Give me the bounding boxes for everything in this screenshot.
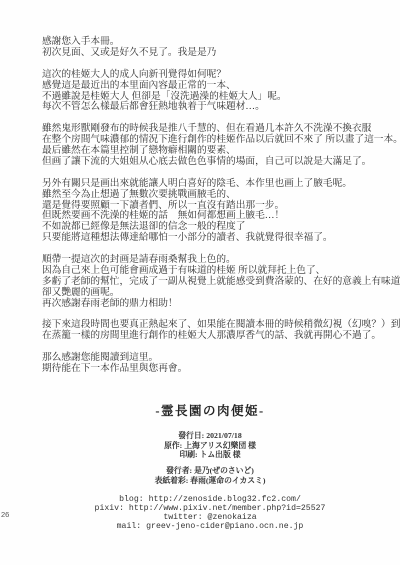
afterword-line: 另外有關只是画出來就能讓人明白喜好的陰毛、本作里也画上了腋毛呢。 <box>42 179 398 190</box>
colophon: -霊長園の肉便姫- 發行日: 2021/07/18 原作: 上海アリス幻樂団 様… <box>10 401 400 532</box>
afterword-line: 只要能將這種想法傳達給哪怕一小部分的讀者、我就覺得很幸福了。 <box>42 233 398 244</box>
original-work-credit: 原作: 上海アリス幻樂団 様 <box>10 441 400 451</box>
afterword-line: 這次的桂姬大人的成人向新刊覺得如何呢？ <box>42 70 398 81</box>
publication-info: 發行日: 2021/07/18 原作: 上海アリス幻樂団 様 印刷: トム出版 … <box>10 431 400 460</box>
afterword-line: 雖然至今為止想過了無數次要挑戰画腋毛的、 <box>42 190 398 201</box>
afterword-text: 感謝您入手本冊。 初次見面、又或是好久不見了。我是是乃 這次的桂姬大人的成人向新… <box>42 37 398 386</box>
afterword-line: 再次感謝春雨老師的鼎力相助！ <box>42 299 398 310</box>
afterword-line: 初次見面、又或是好久不見了。我是是乃 <box>42 48 398 59</box>
afterword-paragraph: 接下來這段時間也要真正熱起來了、如果能在閱讀本冊的時候稍微幻視（幻嗅？）到 在蒸… <box>42 320 398 342</box>
blog-url: blog: http://zenoside.blog32.fc2.com/ <box>10 495 400 504</box>
printer-credit: 印刷: トム出版 様 <box>10 450 400 460</box>
afterword-line: 期待能在下一本作品里與您再會。 <box>42 364 398 375</box>
contact-links: blog: http://zenoside.blog32.fc2.com/ pi… <box>10 495 400 532</box>
afterword-paragraph: 感謝您入手本冊。 初次見面、又或是好久不見了。我是是乃 <box>42 37 398 59</box>
afterword-line: 感覺這是最近出的本里面內容最正常的一本、 <box>42 81 398 92</box>
publication-date: 發行日: 2021/07/18 <box>10 431 400 441</box>
afterword-page: 感謝您入手本冊。 初次見面、又或是好久不見了。我是是乃 這次的桂姬大人的成人向新… <box>0 0 400 565</box>
twitter-handle: twitter: @zenokaiza <box>10 513 400 522</box>
afterword-line: 但画了讓下流的大姐姐从心底去做色色事情的場面，自己可以說是大滿足了。 <box>42 157 398 168</box>
afterword-paragraph: 這次的桂姬大人的成人向新刊覺得如何呢？ 感覺這是最近出的本里面內容最正常的一本、… <box>42 70 398 114</box>
cover-colorist-credit: 表紙着彩: 春雨(運命のイカスミ) <box>10 476 400 486</box>
pixiv-url: pixiv: http://www.pixiv.net/member.php?i… <box>10 504 400 513</box>
page-number: 26 <box>1 510 9 519</box>
afterword-line: 每次不管怎么樣最后都會狂熱地執着于气味題材…。 <box>42 102 398 113</box>
afterword-paragraph: 雖然鬼形獸剛發布的時候我是推八千慧的、但在看過几本許久不洗澡不換衣服 在整个房間… <box>42 124 398 168</box>
book-title: -霊長園の肉便姫- <box>10 401 400 419</box>
afterword-paragraph: 順帶一提這次的封画是請春雨桑幫我上色的。 因為自己來上色可能會画成過于有味道的桂… <box>42 255 398 310</box>
publisher-credit: 發行者: 是乃(ぜのさいど) <box>10 466 400 476</box>
afterword-line: 在蒸籠一樣的房間里進行創作的桂姬大人那濃厚香气的話、我就再開心不過了。 <box>42 331 398 342</box>
mail-address: mail: greev-jeno-cider@piano.ocn.ne.jp <box>10 522 400 531</box>
afterword-paragraph: 另外有關只是画出來就能讓人明白喜好的陰毛、本作里也画上了腋毛呢。 雖然至今為止想… <box>42 179 398 244</box>
afterword-paragraph: 那么感謝您能閱讀到這里。 期待能在下一本作品里與您再會。 <box>42 353 398 375</box>
staff-credits: 發行者: 是乃(ぜのさいど) 表紙着彩: 春雨(運命のイカスミ) <box>10 466 400 485</box>
